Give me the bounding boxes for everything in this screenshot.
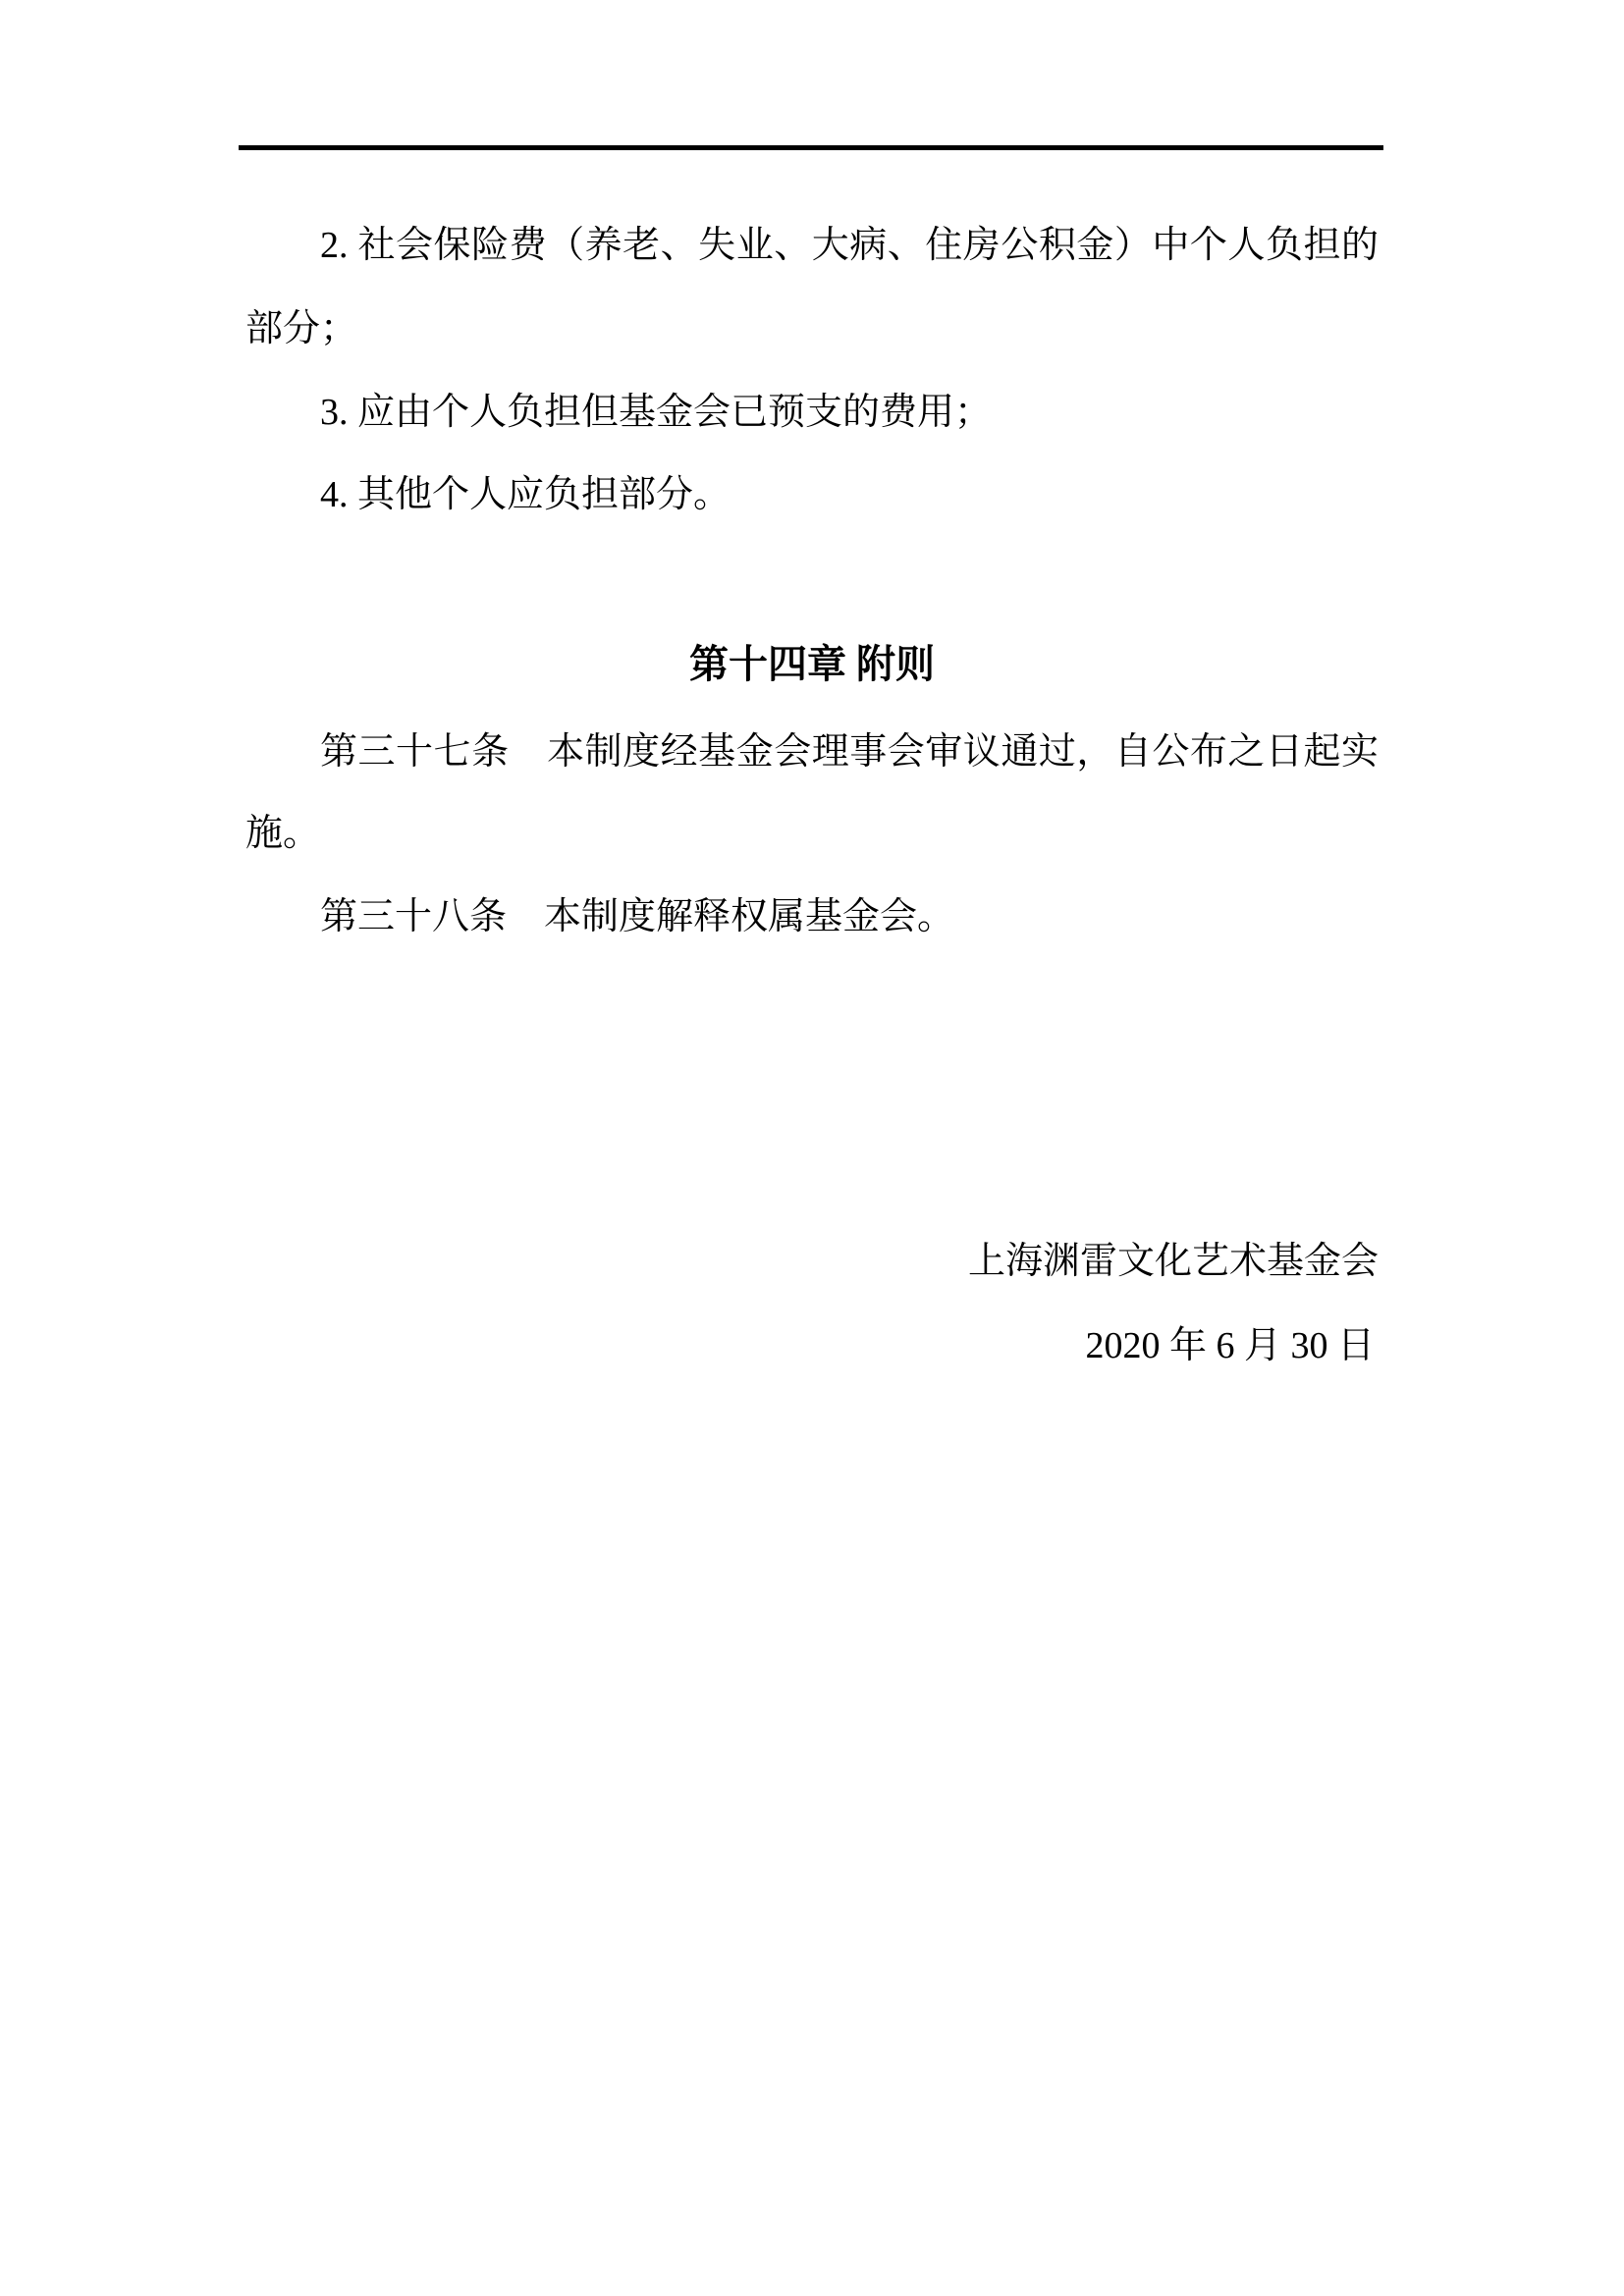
article-37-line-2: 施。	[245, 811, 1379, 856]
article-37-line-1: 第三十七条 本制度经基金会理事会审议通过，自公布之日起实	[245, 729, 1379, 774]
header-rule	[239, 145, 1383, 150]
signature-organization: 上海渊雷文化艺术基金会	[245, 1239, 1379, 1284]
article-38: 第三十八条 本制度解释权属基金会。	[245, 894, 1379, 939]
list-item-3: 3. 应由个人负担但基金会已预支的费用；	[245, 390, 1379, 435]
document-page: 2. 社会保险费（养老、失业、大病、住房公积金）中个人负担的 部分； 3. 应由…	[0, 0, 1624, 2296]
chapter-heading: 第十四章 附则	[245, 641, 1379, 688]
list-item-2-line-2: 部分；	[245, 306, 1379, 351]
list-item-4: 4. 其他个人应负担部分。	[245, 472, 1379, 517]
list-item-2-line-1: 2. 社会保险费（养老、失业、大病、住房公积金）中个人负担的	[245, 223, 1379, 268]
signature-date: 2020 年 6 月 30 日	[245, 1323, 1379, 1368]
